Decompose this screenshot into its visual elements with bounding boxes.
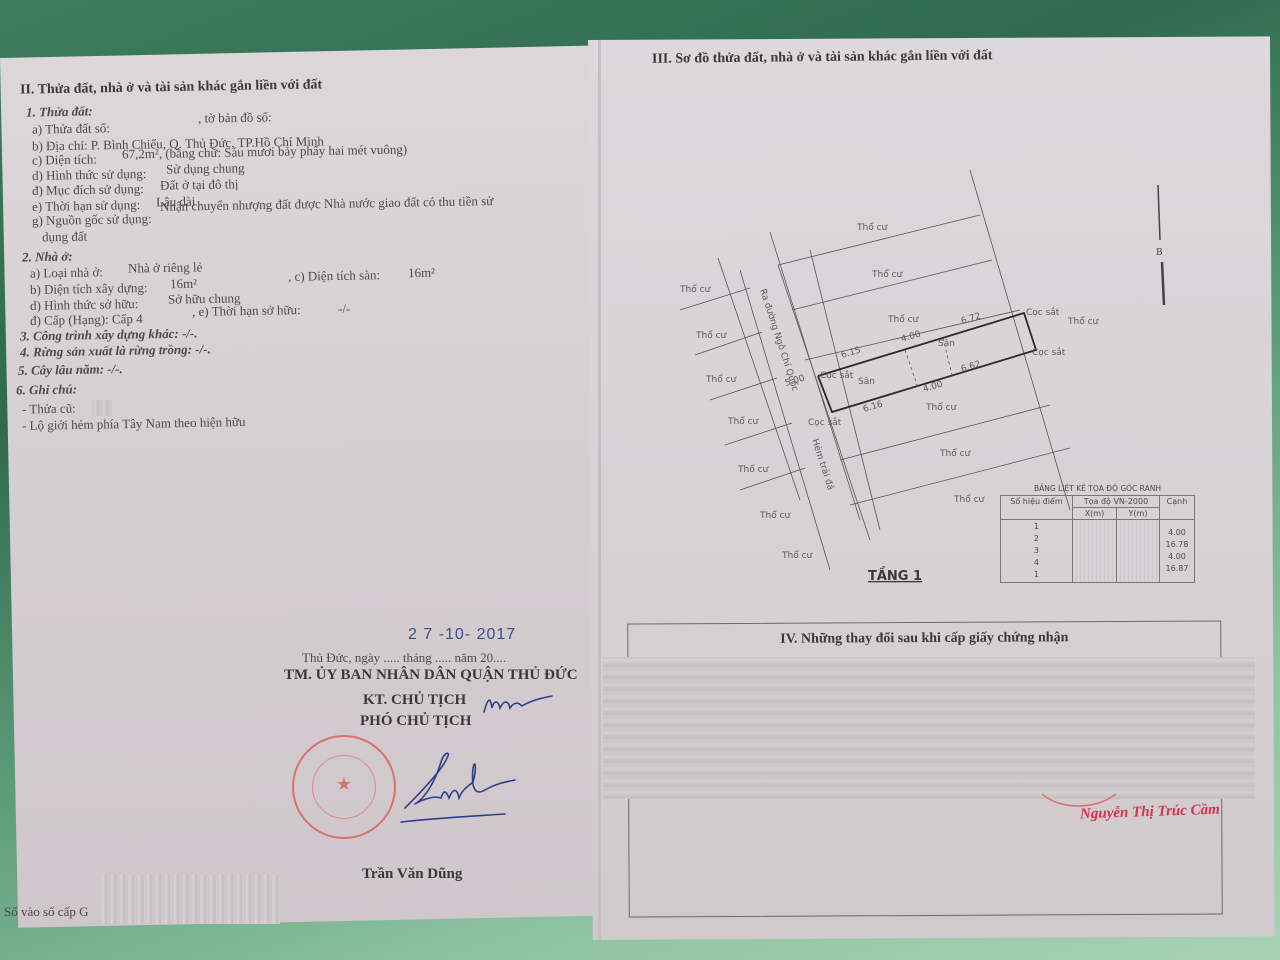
svg-text:6.62: 6.62 — [960, 359, 982, 374]
redacted-old-parcel — [92, 400, 114, 416]
note-item: - Thửa cũ: — [22, 401, 76, 418]
svg-text:Thổ cư: Thổ cư — [887, 314, 920, 325]
svg-text:Sân: Sân — [938, 339, 955, 349]
land-heading: 1. Thửa đất: — [26, 103, 93, 120]
official-red-seal: ★ — [292, 735, 396, 839]
svg-text:Thổ cư: Thổ cư — [781, 550, 814, 561]
svg-text:Thổ cư: Thổ cư — [759, 510, 792, 521]
svg-text:Thổ cư: Thổ cư — [925, 402, 958, 413]
notes-heading: 6. Ghi chú: — [16, 381, 77, 398]
map-sheet-label: , tờ bản đồ số: — [198, 109, 272, 126]
svg-text:Thổ cư: Thổ cư — [705, 374, 738, 385]
section-4-title: IV. Những thay đổi sau khi cấp giấy chứn… — [628, 629, 1220, 648]
svg-text:6.15: 6.15 — [840, 345, 862, 360]
star-icon: ★ — [313, 774, 375, 795]
col-edge-header: Cạnh — [1159, 496, 1194, 520]
svg-text:Sân: Sân — [858, 377, 875, 387]
col-point-header: Số hiệu điểm — [1001, 496, 1073, 520]
redacted-x-coords — [1072, 520, 1116, 583]
issue-date-stamp: 2 7 -10- 2017 — [408, 626, 516, 644]
table-caption: BẢNG LIỆT KÊ TỌA ĐỘ GÓC RANH — [1000, 484, 1195, 493]
floor-area-label: , c) Diện tích sàn: — [288, 267, 380, 285]
svg-text:Thổ cư: Thổ cư — [679, 284, 712, 295]
svg-text:Thổ cư: Thổ cư — [939, 448, 972, 459]
north-arrow-icon: B — [1140, 180, 1180, 310]
house-type-label: a) Loại nhà ở: — [30, 264, 103, 281]
place-date-line: Thủ Đức, ngày ..... tháng ..... năm 20..… — [302, 650, 506, 666]
seal-emblem: ★ — [312, 755, 376, 819]
svg-text:Thổ cư: Thổ cư — [727, 416, 760, 427]
floor-label: TẦNG 1 — [868, 566, 922, 584]
col-y-header: Y(m) — [1116, 508, 1159, 520]
house-type-value: Nhà ở riêng lẻ — [128, 259, 203, 276]
issuing-authority: TM. ỦY BAN NHÂN DÂN QUẬN THỦ ĐỨC — [284, 667, 578, 684]
svg-text:4.00: 4.00 — [922, 379, 944, 395]
svg-text:Cọc sắt: Cọc sắt — [1032, 347, 1066, 358]
boundary-coordinate-table: BẢNG LIỆT KÊ TỌA ĐỘ GÓC RANH Số hiệu điể… — [1000, 484, 1195, 583]
origin-label: g) Nguồn gốc sử dụng: — [32, 211, 152, 229]
ownership-term-value: -/- — [338, 301, 351, 317]
initial-signature — [478, 690, 558, 720]
redacted-y-coords — [1116, 520, 1159, 583]
table-row: 1 2 3 4 1 4.00 16.78 4.00 16.87 — [1001, 520, 1195, 583]
svg-text:B: B — [1156, 248, 1163, 258]
svg-text:Cọc sắt: Cọc sắt — [808, 417, 842, 428]
svg-text:Thổ cư: Thổ cư — [953, 494, 986, 505]
neighbor-label: Thổ cư — [856, 222, 889, 233]
redacted-registry-number — [100, 874, 280, 924]
redacted-changes-content — [603, 657, 1255, 799]
col-coords-header: Tọa độ VN-2000 — [1072, 496, 1159, 508]
svg-text:Thổ cư: Thổ cư — [871, 269, 904, 280]
forest: 4. Rừng sản xuất là rừng trồng: -/-. — [20, 341, 211, 360]
purpose-value: Đất ở tại đô thị — [160, 176, 239, 193]
signer-role-1: KT. CHỦ TỊCH — [363, 692, 466, 709]
built-area-value: 16m² — [170, 276, 197, 292]
svg-text:4.00: 4.00 — [900, 329, 922, 345]
svg-text:Hẻm trải đá: Hẻm trải đá — [809, 438, 836, 492]
area-label: c) Diện tích: — [32, 151, 97, 168]
parcel-number-label: a) Thửa đất số: — [32, 120, 110, 137]
signer-name: Trần Văn Dũng — [362, 866, 462, 883]
house-heading: 2. Nhà ở: — [22, 249, 73, 266]
svg-text:Cọc sắt: Cọc sắt — [820, 370, 854, 381]
chairman-signature — [395, 748, 525, 838]
svg-text:Thổ cư: Thổ cư — [695, 330, 728, 341]
floor-area-value: 16m² — [408, 265, 435, 281]
svg-text:Thổ cư: Thổ cư — [1067, 316, 1100, 327]
svg-text:Cọc sắt: Cọc sắt — [1026, 307, 1060, 318]
svg-text:6.72: 6.72 — [960, 311, 982, 326]
ownership-term-label: , e) Thời hạn sở hữu: — [192, 302, 301, 320]
usage-form-value: Sử dụng chung — [166, 160, 245, 177]
svg-text:Thổ cư: Thổ cư — [737, 464, 770, 475]
page-fold — [598, 40, 601, 940]
perennial-trees: 5. Cây lâu năm: -/-. — [18, 361, 123, 379]
origin-value-cont: dụng đất — [42, 229, 87, 246]
registry-number-label: Số vào sổ cấp G — [4, 904, 89, 920]
svg-text:Ra đường Ngô Chí Quốc: Ra đường Ngô Chí Quốc — [757, 288, 801, 393]
signer-role-2: PHÓ CHỦ TỊCH — [360, 713, 471, 730]
col-x-header: X(m) — [1072, 508, 1116, 520]
